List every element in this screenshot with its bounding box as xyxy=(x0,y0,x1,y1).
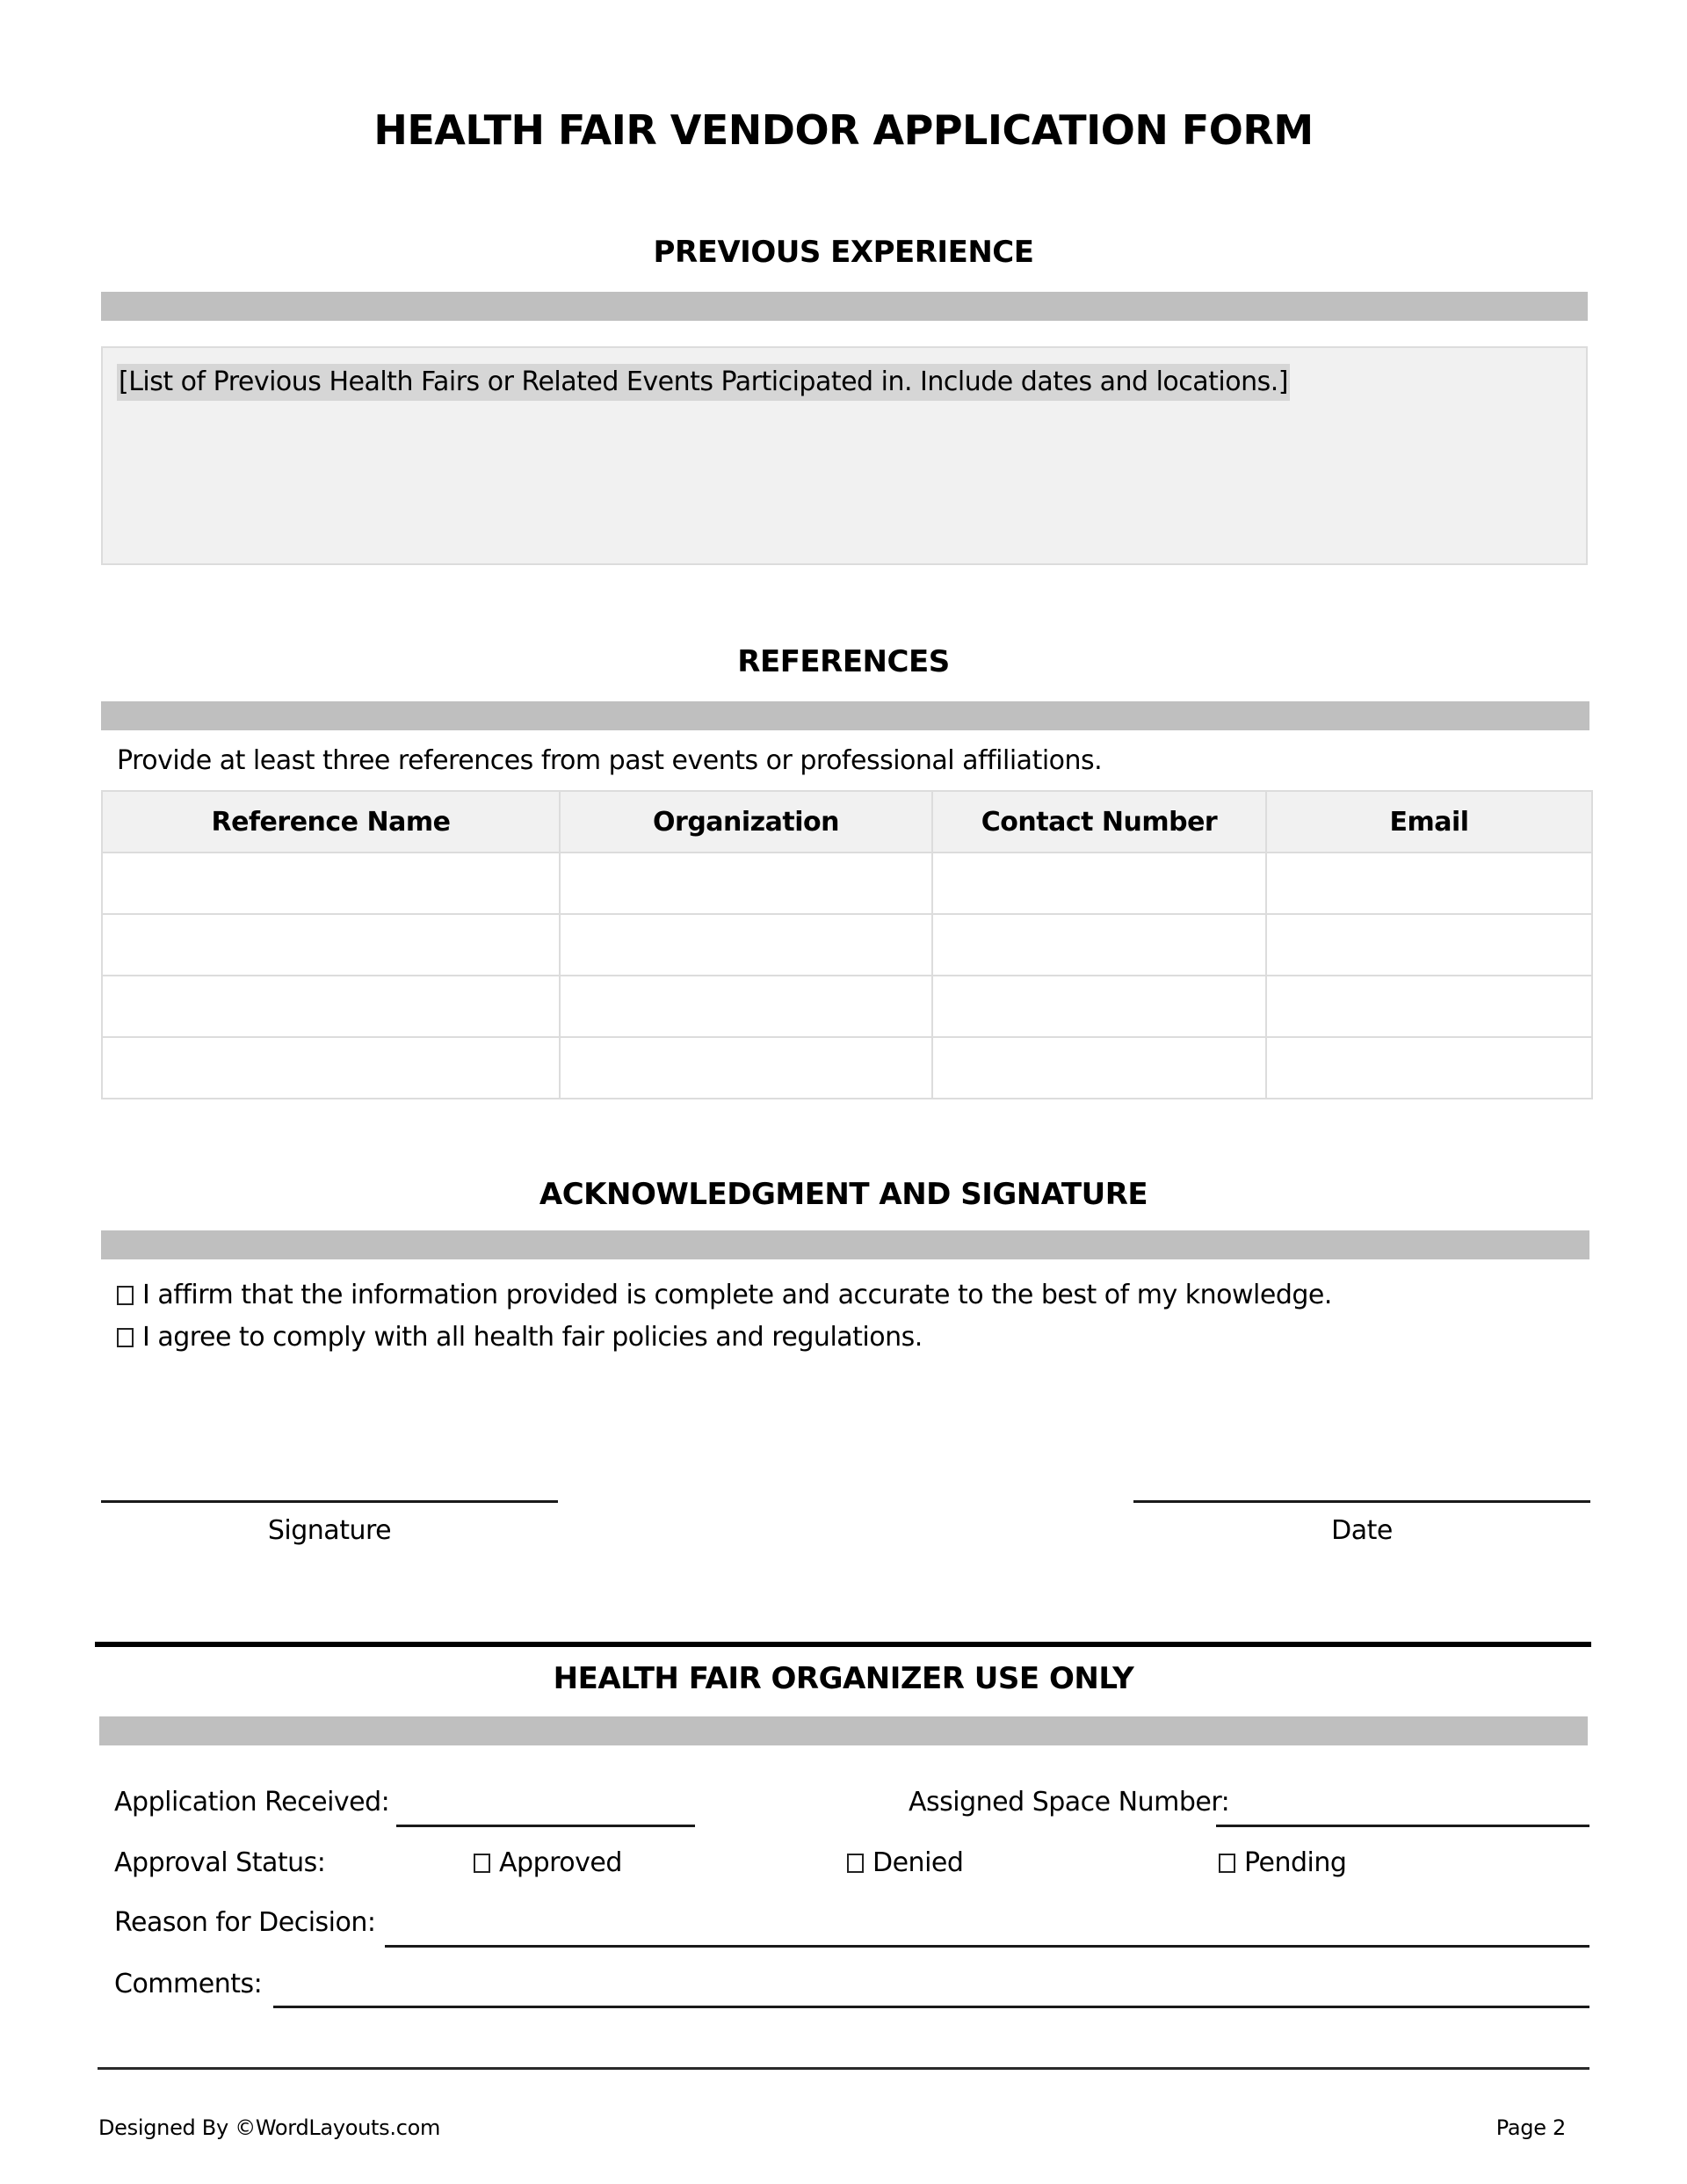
signature-label: Signature xyxy=(101,1513,558,1549)
reference-name-cell[interactable] xyxy=(102,914,560,976)
organization-cell[interactable] xyxy=(560,976,932,1037)
previous-experience-placeholder[interactable]: [List of Previous Health Fairs or Relate… xyxy=(117,364,1290,401)
email-cell[interactable] xyxy=(1266,976,1592,1037)
pending-option[interactable]: Pending xyxy=(1219,1846,1346,1881)
organizer-heading: HEALTH FAIR ORGANIZER USE ONLY xyxy=(0,1659,1687,1698)
application-received-label: Application Received: xyxy=(114,1785,389,1820)
section-divider xyxy=(95,1642,1591,1647)
checkbox-icon[interactable] xyxy=(117,1286,134,1305)
table-row xyxy=(102,853,1592,914)
organization-cell[interactable] xyxy=(560,1037,932,1099)
reason-field[interactable] xyxy=(385,1945,1589,1948)
email-cell[interactable] xyxy=(1266,853,1592,914)
contact-number-cell[interactable] xyxy=(932,853,1266,914)
references-table: Reference Name Organization Contact Numb… xyxy=(101,790,1593,1099)
column-header-organization: Organization xyxy=(560,791,932,853)
section-bar xyxy=(101,292,1588,321)
section-bar xyxy=(101,701,1589,730)
reason-label: Reason for Decision: xyxy=(114,1905,376,1941)
references-heading: REFERENCES xyxy=(0,642,1687,681)
comments-label: Comments: xyxy=(114,1967,262,2002)
organization-cell[interactable] xyxy=(560,853,932,914)
reference-name-cell[interactable] xyxy=(102,1037,560,1099)
checkbox-icon[interactable] xyxy=(847,1854,864,1873)
checkbox-icon[interactable] xyxy=(474,1854,490,1873)
approved-option[interactable]: Approved xyxy=(474,1846,622,1881)
table-row xyxy=(102,1037,1592,1099)
document-title: HEALTH FAIR VENDOR APPLICATION FORM xyxy=(0,104,1687,156)
affirm-checkbox-row[interactable]: I affirm that the information provided i… xyxy=(117,1278,1332,1313)
contact-number-cell[interactable] xyxy=(932,914,1266,976)
reference-name-cell[interactable] xyxy=(102,853,560,914)
checkbox-icon[interactable] xyxy=(117,1328,134,1347)
section-bar xyxy=(101,1230,1589,1259)
references-instruction: Provide at least three references from p… xyxy=(117,744,1102,779)
denied-option[interactable]: Denied xyxy=(847,1846,963,1881)
previous-experience-field[interactable]: [List of Previous Health Fairs or Relate… xyxy=(101,346,1588,565)
column-header-email: Email xyxy=(1266,791,1592,853)
table-row xyxy=(102,976,1592,1037)
application-received-field[interactable] xyxy=(396,1825,695,1827)
denied-label: Denied xyxy=(872,1847,963,1878)
footer-credit: Designed By ©WordLayouts.com xyxy=(98,2115,440,2141)
comply-checkbox-label: I agree to comply with all health fair p… xyxy=(142,1322,923,1353)
comply-checkbox-row[interactable]: I agree to comply with all health fair p… xyxy=(117,1320,923,1355)
signature-line[interactable] xyxy=(101,1500,558,1503)
approved-label: Approved xyxy=(499,1847,622,1878)
pending-label: Pending xyxy=(1244,1847,1346,1878)
assigned-space-field[interactable] xyxy=(1216,1825,1589,1827)
table-header-row: Reference Name Organization Contact Numb… xyxy=(102,791,1592,853)
checkbox-icon[interactable] xyxy=(1219,1854,1235,1873)
acknowledgment-heading: ACKNOWLEDGMENT AND SIGNATURE xyxy=(0,1175,1687,1214)
column-header-reference-name: Reference Name xyxy=(102,791,560,853)
reference-name-cell[interactable] xyxy=(102,976,560,1037)
date-label: Date xyxy=(1133,1513,1590,1549)
contact-number-cell[interactable] xyxy=(932,1037,1266,1099)
email-cell[interactable] xyxy=(1266,914,1592,976)
approval-status-label: Approval Status: xyxy=(114,1846,325,1881)
page-number: Page 2 xyxy=(1496,2115,1566,2141)
footer-divider xyxy=(98,2067,1589,2070)
date-line[interactable] xyxy=(1133,1500,1590,1503)
organization-cell[interactable] xyxy=(560,914,932,976)
assigned-space-label: Assigned Space Number: xyxy=(909,1785,1229,1820)
contact-number-cell[interactable] xyxy=(932,976,1266,1037)
section-bar xyxy=(99,1716,1588,1745)
previous-experience-heading: PREVIOUS EXPERIENCE xyxy=(0,233,1687,272)
email-cell[interactable] xyxy=(1266,1037,1592,1099)
column-header-contact-number: Contact Number xyxy=(932,791,1266,853)
comments-field[interactable] xyxy=(273,2006,1589,2008)
table-row xyxy=(102,914,1592,976)
affirm-checkbox-label: I affirm that the information provided i… xyxy=(142,1280,1332,1310)
